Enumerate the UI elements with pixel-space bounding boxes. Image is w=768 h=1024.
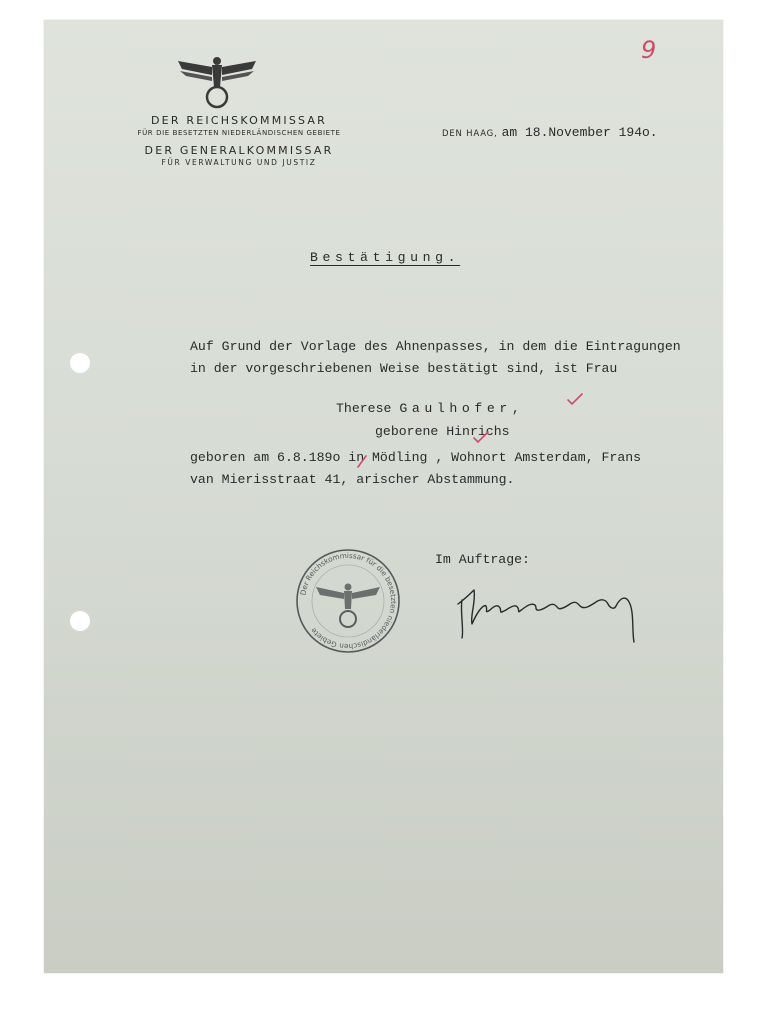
- letterhead-line: FÜR DIE BESETZTEN NIEDERLÄNDISCHEN GEBIE…: [84, 128, 394, 139]
- body-text-line: Auf Grund der Vorlage des Ahnenpasses, i…: [190, 339, 681, 354]
- signature-icon: [456, 580, 646, 646]
- person-name: Therese Gaulhofer,: [336, 401, 524, 416]
- checkmark-icon: [472, 430, 490, 444]
- document-page: 9 DER REICHSKOMMISSAR FÜR DIE BESETZTEN …: [44, 20, 723, 973]
- body-text-line: in der vorgeschriebenen Weise bestätigt …: [190, 361, 617, 376]
- checkmark-icon: [566, 392, 584, 406]
- official-seal-icon: Der Reichskommissar für die besetzten ni…: [294, 547, 402, 655]
- punch-hole: [70, 353, 90, 373]
- checkmark-icon: [354, 454, 372, 468]
- place: DEN HAAG,: [442, 129, 498, 139]
- document-heading: Bestätigung.: [310, 250, 460, 265]
- page-number-mark: 9: [641, 36, 656, 64]
- place-date: DEN HAAG,am 18.November 194o.: [442, 123, 658, 141]
- letterhead-line: DER REICHSKOMMISSAR: [84, 114, 394, 128]
- eagle-emblem-icon: [176, 53, 258, 109]
- first-name: Therese: [336, 401, 399, 416]
- letterhead: DER REICHSKOMMISSAR FÜR DIE BESETZTEN NI…: [84, 114, 394, 168]
- punch-hole: [70, 611, 90, 631]
- authorization-label: Im Auftrage:: [435, 552, 530, 567]
- birth-address-line: van Mierisstraat 41, arischer Abstammung…: [190, 472, 514, 487]
- birth-address-line: geboren am 6.8.189o in Mödling , Wohnort…: [190, 450, 641, 465]
- last-name: Gaulhofer,: [399, 401, 524, 416]
- date: am 18.November 194o.: [502, 125, 658, 140]
- letterhead-line: DER GENERALKOMMISSAR: [84, 144, 394, 158]
- letterhead-line: FÜR VERWALTUNG UND JUSTIZ: [84, 158, 394, 168]
